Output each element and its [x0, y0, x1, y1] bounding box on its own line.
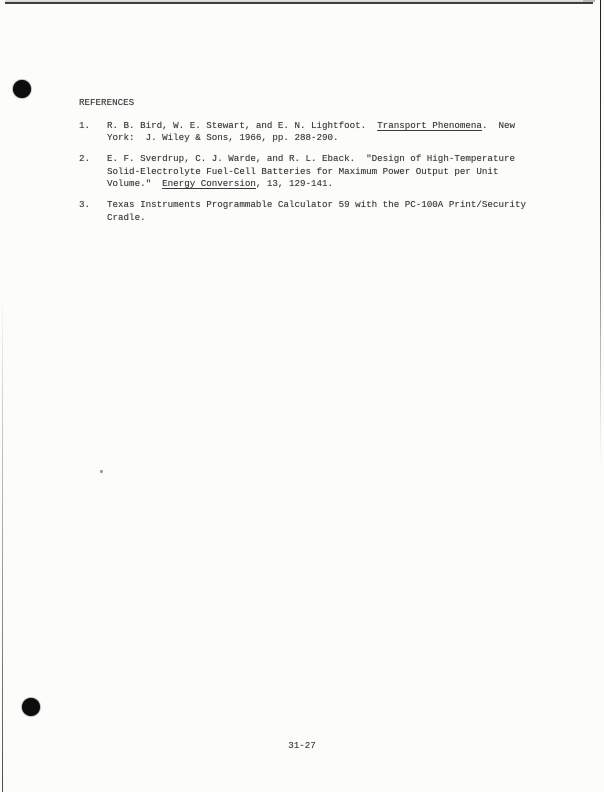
page-content: REFERENCES 1.R. B. Bird, W. E. Stewart, …	[79, 97, 549, 233]
reference-line: York: J. Wiley & Sons, 1966, pp. 288-290…	[107, 132, 549, 145]
scan-edge-right-line	[600, 0, 602, 470]
scan-edge-left-line	[2, 295, 3, 792]
references-list: 1.R. B. Bird, W. E. Stewart, and E. N. L…	[79, 120, 549, 225]
reference-number: 1.	[79, 120, 107, 145]
references-heading: REFERENCES	[79, 97, 549, 110]
reference-text-segment: York: J. Wiley & Sons, 1966, pp. 288-290…	[107, 132, 339, 143]
scan-edge-top-line	[5, 2, 593, 4]
reference-line: Solid-Electrolyte Fuel-Cell Batteries fo…	[107, 166, 549, 179]
page-number: 31-27	[0, 740, 604, 753]
reference-title-underlined: Transport Phenomena	[377, 120, 482, 131]
reference-text: R. B. Bird, W. E. Stewart, and E. N. Lig…	[107, 120, 549, 145]
reference-text-segment: Cradle.	[107, 212, 146, 223]
reference-title-underlined: Energy Conversion	[162, 178, 256, 189]
scan-smudge-top-right	[583, 0, 595, 2]
reference-text-segment: E. F. Sverdrup, C. J. Warde, and R. L. E…	[107, 153, 515, 164]
reference-line: R. B. Bird, W. E. Stewart, and E. N. Lig…	[107, 120, 549, 133]
reference-item: 2.E. F. Sverdrup, C. J. Warde, and R. L.…	[79, 153, 549, 191]
reference-number: 2.	[79, 153, 107, 191]
reference-line: Volume." Energy Conversion, 13, 129-141.	[107, 178, 549, 191]
punch-hole-mark-bottom	[22, 698, 40, 716]
reference-text-segment: Solid-Electrolyte Fuel-Cell Batteries fo…	[107, 166, 498, 177]
reference-text-segment: , 13, 129-141.	[256, 178, 333, 189]
scanned-page: REFERENCES 1.R. B. Bird, W. E. Stewart, …	[0, 0, 604, 792]
reference-line: E. F. Sverdrup, C. J. Warde, and R. L. E…	[107, 153, 549, 166]
reference-number: 3.	[79, 199, 107, 224]
reference-item: 1.R. B. Bird, W. E. Stewart, and E. N. L…	[79, 120, 549, 145]
reference-line: Cradle.	[107, 212, 549, 225]
reference-text: Texas Instruments Programmable Calculato…	[107, 199, 549, 224]
reference-item: 3.Texas Instruments Programmable Calcula…	[79, 199, 549, 224]
scan-speck	[100, 470, 103, 473]
reference-text-segment: Volume."	[107, 178, 162, 189]
reference-text: E. F. Sverdrup, C. J. Warde, and R. L. E…	[107, 153, 549, 191]
reference-line: Texas Instruments Programmable Calculato…	[107, 199, 549, 212]
reference-text-segment: Texas Instruments Programmable Calculato…	[107, 199, 526, 210]
reference-text-segment: R. B. Bird, W. E. Stewart, and E. N. Lig…	[107, 120, 377, 131]
reference-text-segment: . New	[482, 120, 515, 131]
punch-hole-mark-top	[13, 80, 31, 98]
